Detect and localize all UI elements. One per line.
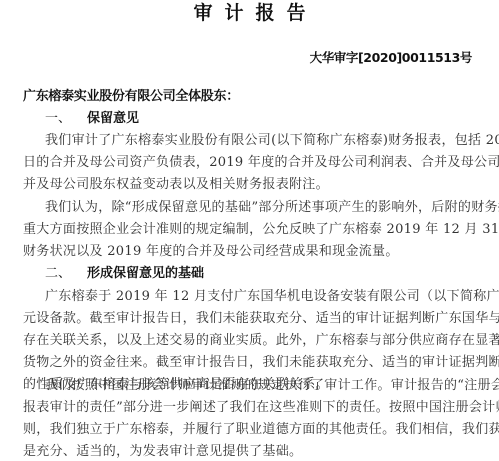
- report-number: 大华审字[2020]0011513号: [310, 48, 472, 68]
- section-heading-basis: 二、 形成保留意见的基础: [45, 264, 204, 284]
- text-line: 并及母公司股东权益变动表以及相关财务报表附注。: [23, 174, 478, 196]
- section-number: 二、: [45, 264, 87, 284]
- text-line: 货物之外的资金往来。截至审计报告日，我们未能获取充分、适当的审计证据判断该等资金…: [23, 352, 478, 374]
- paragraph-auditing-standards: 我们按照中国注册会计师审计准则的规定执行了审计工作。审计报告的“注册会计师对财务…: [23, 375, 478, 461]
- paragraph-opinion: 我们认为，除“形成保留意见的基础”部分所述事项产生的影响外，后附的财务报表在所有…: [23, 197, 478, 263]
- text-line: 我们认为，除“形成保留意见的基础”部分所述事项产生的影响外，后附的财务报表在所有: [23, 197, 478, 219]
- text-line: 重大方面按照企业会计准则的规定编制，公允反映了广东榕泰 2019 年 12 月 …: [23, 219, 478, 241]
- text-line: 报表审计的责任”部分进一步阐述了我们在这些准则下的责任。按照中国注册会计师职业道…: [23, 397, 478, 419]
- section-number: 一、: [45, 109, 87, 129]
- paragraph-audit-scope: 我们审计了广东榕泰实业股份有限公司(以下简称广东榕泰)财务报表，包括 2019 …: [23, 130, 478, 196]
- text-line: 我们按照中国注册会计师审计准则的规定执行了审计工作。审计报告的“注册会计师对财务: [23, 375, 478, 397]
- text-line: 我们审计了广东榕泰实业股份有限公司(以下简称广东榕泰)财务报表，包括 2019 …: [23, 130, 478, 152]
- text-line: 是充分、适当的，为发表审计意见提供了基础。: [23, 441, 478, 461]
- text-line: 存在关联关系，以及上述交易的商业实质。此外，广东榕泰与部分供应商存在显著超过正常…: [23, 330, 478, 352]
- text-line: 财务状况以及 2019 年度的合并及母公司经营成果和现金流量。: [23, 241, 478, 263]
- text-line: 广东榕泰于 2019 年 12 月支付广东国华机电设备安装有限公司（以下简称广东…: [23, 286, 478, 308]
- document-title: 审计报告: [0, 0, 499, 26]
- section-title: 形成保留意见的基础: [87, 264, 204, 284]
- text-line: 则，我们独立于广东榕泰，并履行了职业道德方面的其他责任。我们相信，我们获取的审计…: [23, 419, 478, 441]
- section-heading-qualified-opinion: 一、 保留意见: [45, 109, 139, 129]
- text-line: 元设备款。截至审计报告日，我们未能获取充分、适当的审计证据判断广东国华与广东榕泰…: [23, 308, 478, 330]
- text-line: 日的合并及母公司资产负债表，2019 年度的合并及母公司利润表、合并及母公司现金…: [23, 152, 478, 174]
- recipient-line: 广东榕泰实业股份有限公司全体股东：: [23, 87, 239, 107]
- section-title: 保留意见: [87, 109, 139, 129]
